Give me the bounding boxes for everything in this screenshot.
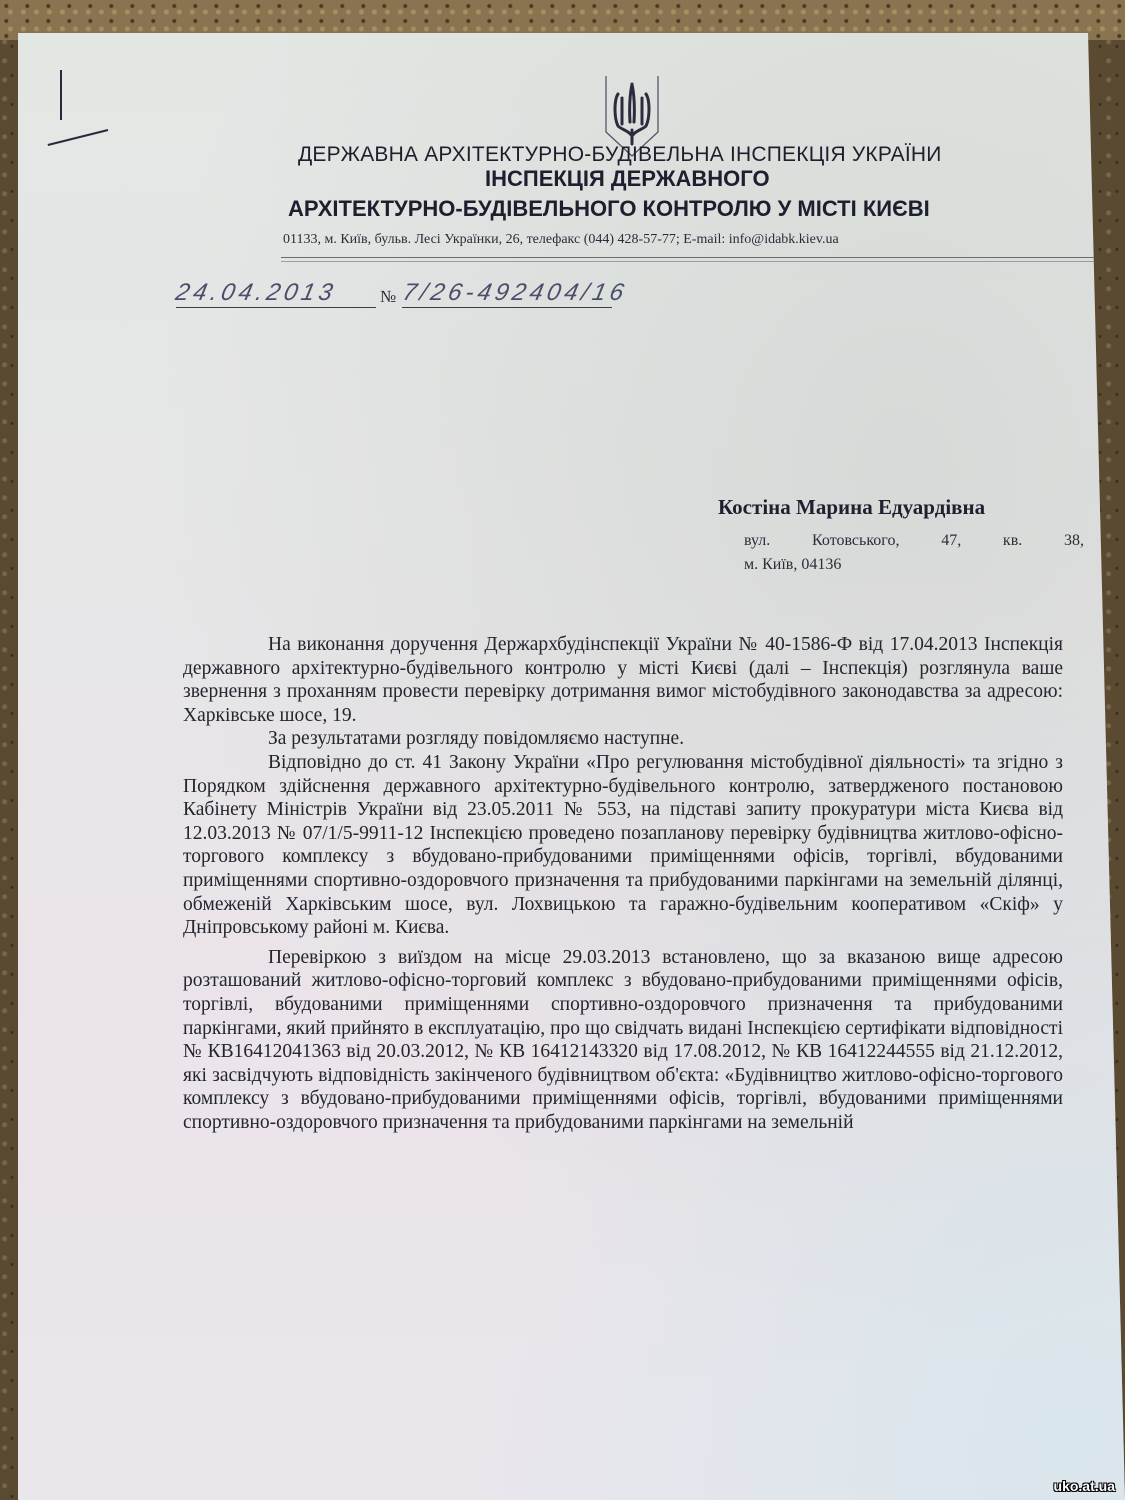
body-paragraph: Перевіркою з виїздом на місце 29.03.2013… [183,946,1063,1135]
letterhead-agency-name: ДЕРЖАВНА АРХІТЕКТУРНО-БУДІВЕЛЬНА ІНСПЕКЦ… [18,143,1125,167]
recipient-address-line2: м. Київ, 04136 [744,553,1084,577]
letter-body: На виконання доручення Держархбудінспекц… [183,633,1063,1134]
site-watermark: uko.at.ua [1054,1478,1115,1494]
handwritten-date: 24.04.2013 [173,279,339,307]
date-underline [176,307,376,308]
body-paragraph: Відповідно до ст. 41 Закону України «Про… [183,751,1063,940]
body-paragraph: На виконання доручення Держархбудінспекц… [183,633,1063,727]
handwritten-reference-number: 7/26-492404/16 [400,279,630,307]
letterhead-divider-secondary [281,261,1101,262]
pen-mark-vertical [60,70,62,120]
body-paragraph: За результатами розгляду повідомляємо на… [183,727,1063,751]
number-underline [402,307,612,308]
recipient-name: Костіна Марина Едуардівна [718,495,985,520]
recipient-address-line1: вул. Котовського, 47, кв. 38, [744,529,1084,553]
letterhead-inspection-title: ІНСПЕКЦІЯ ДЕРЖАВНОГО [485,166,770,192]
letterhead-divider [281,257,1101,258]
letterhead-contact-line: 01133, м. Київ, бульв. Лесі Українки, 26… [283,232,839,248]
letterhead-inspection-subtitle: АРХІТЕКТУРНО-БУДІВЕЛЬНОГО КОНТРОЛЮ У МІС… [288,196,930,222]
document-page: ДЕРЖАВНА АРХІТЕКТУРНО-БУДІВЕЛЬНА ІНСПЕКЦ… [18,33,1125,1500]
number-sign: № [380,287,396,307]
